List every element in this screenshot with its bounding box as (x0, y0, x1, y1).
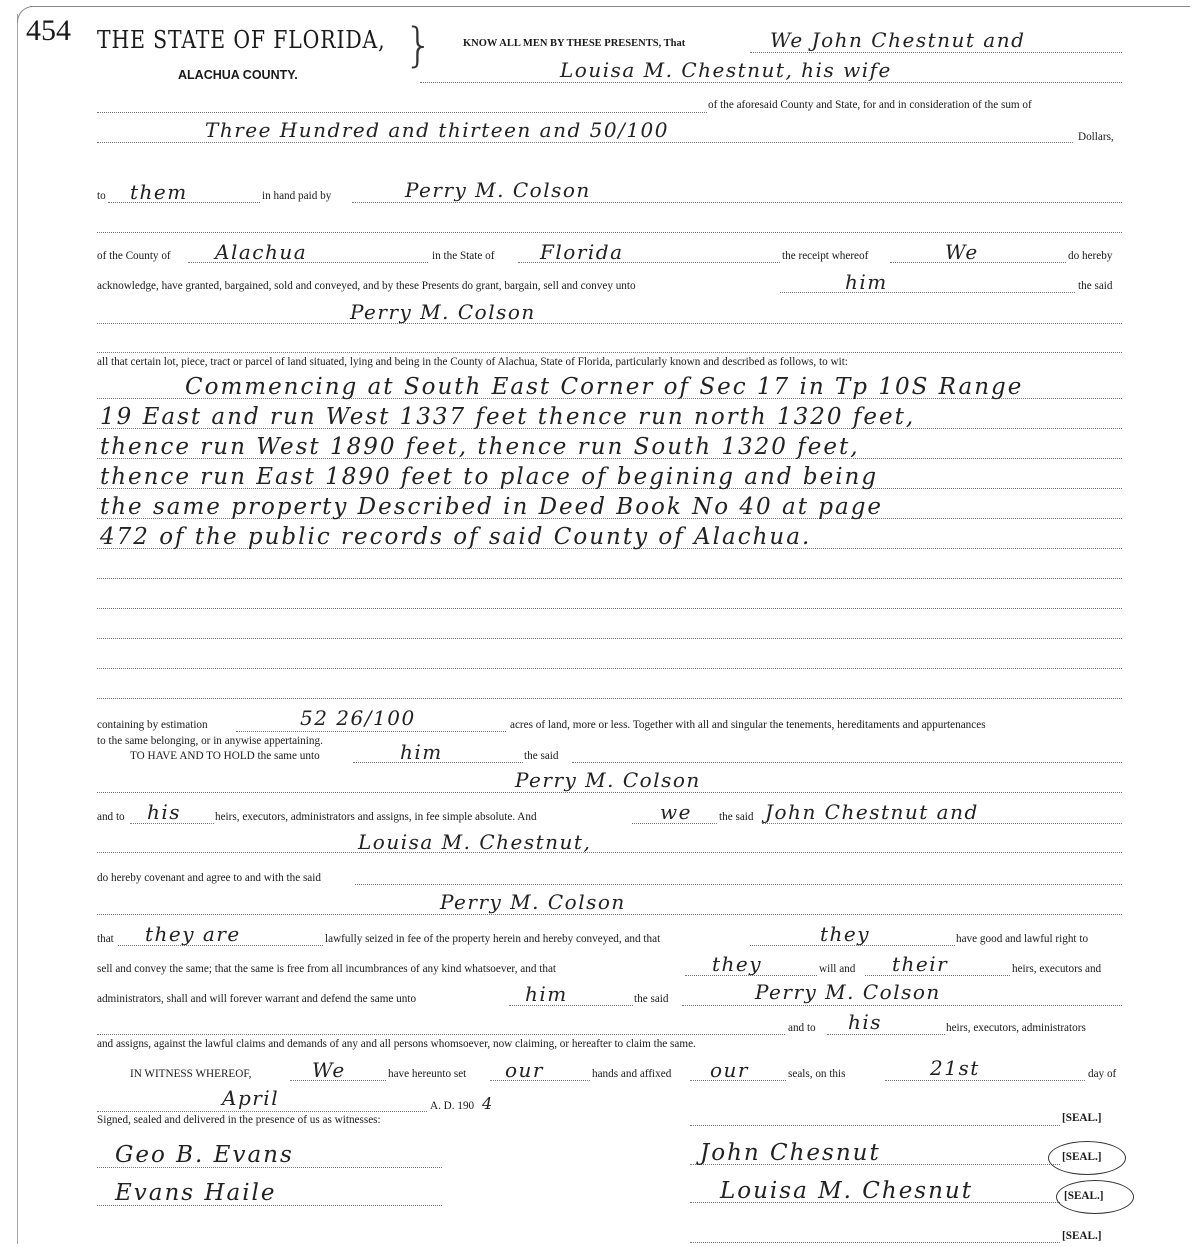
rule (97, 608, 1122, 609)
amount-written: Three Hundred and thirteen and 50/100 (205, 118, 669, 142)
seized-value: they (820, 922, 870, 946)
rule (97, 792, 1122, 793)
and-to: and to (788, 1022, 816, 1034)
state-value: Florida (540, 240, 624, 264)
witness-signature: Evans Haile (115, 1180, 277, 1206)
grantor-signature: Louisa M. Chesnut (720, 1178, 973, 1204)
seal-label: [SEAL.] (1062, 1230, 1101, 1242)
amount-rule (97, 142, 1073, 143)
sell-text: sell and convey the same; that the same … (97, 963, 556, 975)
that-value: they are (145, 922, 241, 946)
rule (827, 1034, 945, 1035)
sell-value: they (712, 952, 762, 976)
seals-label: seals, on this (788, 1068, 846, 1080)
grantors-line2: Louisa M. Chestnut, his wife (560, 58, 892, 82)
belonging-text: to the same belonging, or in anywise app… (97, 735, 323, 747)
to-have-label: TO HAVE AND TO HOLD the same unto (130, 750, 320, 762)
rule (97, 578, 1122, 579)
month-value: April (222, 1086, 279, 1110)
description-line: 19 East and run West 1337 feet thence ru… (100, 404, 915, 430)
grantors-line1: We John Chestnut and (770, 28, 1025, 52)
dollars-label: Dollars, (1078, 131, 1114, 143)
acknowledge-text: acknowledge, have granted, bargained, so… (97, 280, 636, 292)
heirs-exec-and: heirs, executors and (1012, 963, 1101, 975)
hands-label: hands and affixed (592, 1068, 671, 1080)
county-label: of the County of (97, 250, 171, 262)
state-label: in the State of (432, 250, 494, 262)
description-line: thence run East 1890 feet to place of be… (100, 464, 878, 490)
seal-label: [SEAL.] (1064, 1190, 1103, 1202)
rule (97, 1111, 427, 1112)
rule (97, 668, 1122, 669)
receipt-label: the receipt whereof (782, 250, 868, 262)
rule (97, 232, 1122, 233)
rule (352, 202, 1122, 203)
brace: } (404, 18, 433, 72)
year-digit: 4 (482, 1094, 494, 1113)
description-intro: all that certain lot, piece, tract or pa… (97, 356, 848, 368)
to-have-value: him (400, 740, 443, 764)
admin-text: administrators, shall and will forever w… (97, 993, 416, 1005)
day-of: day of (1088, 1068, 1116, 1080)
page-border-left (17, 14, 18, 1244)
and-value: we (660, 800, 692, 824)
admin-value: him (525, 982, 568, 1006)
rule (97, 914, 1122, 915)
description-line: the same property Described in Deed Book… (100, 494, 883, 520)
rule (682, 1005, 1122, 1006)
habendum-grantors-line2: Louisa M. Chestnut, (358, 830, 591, 854)
and-to-label: and to (97, 811, 125, 823)
the-said: the said (1078, 280, 1113, 292)
habendum-grantors-line1: John Chestnut and (765, 800, 979, 824)
rule (97, 638, 1122, 639)
acres-text: acres of land, more or less. Together wi… (510, 719, 986, 731)
acres-value: 52 26/100 (300, 706, 416, 730)
rule (97, 698, 1122, 699)
containing-label: containing by estimation (97, 719, 208, 731)
the-said: the said (634, 993, 669, 1005)
grantor-signature: John Chesnut (700, 1140, 881, 1166)
the-said: the said (719, 811, 754, 823)
right-text: have good and lawful right to (956, 933, 1088, 945)
seized-text: lawfully seized in fee of the property h… (325, 933, 660, 945)
to-value: them (130, 180, 188, 204)
affixed-value: our (710, 1058, 749, 1082)
day-value: 21st (930, 1056, 980, 1080)
rule (97, 352, 1122, 353)
seal-label: [SEAL.] (1062, 1151, 1101, 1163)
rule (355, 884, 1122, 885)
know-all-men: KNOW ALL MEN BY THESE PRESENTS, That (463, 38, 685, 49)
grantors-line1-rule (750, 52, 1122, 53)
covenant-grantee: Perry M. Colson (440, 890, 626, 914)
rule (780, 292, 1075, 293)
rule (97, 112, 707, 113)
seal-label: [SEAL.] (1062, 1112, 1101, 1124)
will-value: their (892, 952, 948, 976)
defend-name: Perry M. Colson (755, 980, 941, 1004)
witness-signature: Geo B. Evans (115, 1142, 294, 1168)
do-hereby: do hereby (1068, 250, 1112, 262)
state-title: THE STATE OF FLORIDA, (97, 26, 385, 54)
rule (97, 323, 1122, 324)
signature-rule (690, 1242, 1060, 1243)
description-line: 472 of the public records of said County… (100, 524, 811, 550)
heirs-text: heirs, executors, administrators and ass… (215, 811, 537, 823)
and-to-value: his (848, 1010, 882, 1034)
set-label: have hereunto set (388, 1068, 466, 1080)
receipt-value: We (945, 240, 979, 264)
covenant-text: do hereby covenant and agree to and with… (97, 872, 321, 884)
rule (97, 1034, 785, 1035)
aforesaid-text: of the aforesaid County and State, for a… (708, 99, 1032, 111)
description-line: Commencing at South East Corner of Sec 1… (185, 374, 1023, 400)
will-and: will and (819, 963, 855, 975)
unto-value: him (845, 270, 888, 294)
county-value: Alachua (215, 240, 307, 264)
deed-page: 454 THE STATE OF FLORIDA, } ALACHUA COUN… (0, 0, 1200, 1247)
paid-by-label: in hand paid by (262, 190, 331, 202)
county-title: ALACHUA COUNTY. (178, 68, 298, 82)
grantors-line2-rule (420, 82, 1122, 83)
page-border-top (30, 6, 1190, 7)
assigns-text: and assigns, against the lawful claims a… (97, 1038, 696, 1050)
signature-rule (690, 1125, 1060, 1126)
and-to-value: his (147, 800, 181, 824)
page-number: 454 (26, 14, 71, 48)
set-value: our (505, 1058, 544, 1082)
rule (885, 1080, 1085, 1081)
that-label: that (97, 933, 114, 945)
rule (97, 852, 1122, 853)
rule (572, 762, 1122, 763)
paid-by-value: Perry M. Colson (405, 178, 591, 202)
to-label: to (97, 190, 106, 202)
description-line: thence run West 1890 feet, thence run So… (100, 434, 860, 460)
signed-text: Signed, sealed and delivered in the pres… (97, 1114, 381, 1126)
rule (236, 731, 506, 732)
grantee-name: Perry M. Colson (350, 300, 536, 324)
habendum-grantee: Perry M. Colson (515, 768, 701, 792)
in-witness: IN WITNESS WHEREOF, (130, 1068, 251, 1080)
in-witness-value: We (312, 1058, 346, 1082)
ad-label: A. D. 190 (430, 1100, 474, 1112)
the-said: the said (524, 750, 559, 762)
heirs-exec-admin: heirs, executors, administrators (946, 1022, 1086, 1034)
